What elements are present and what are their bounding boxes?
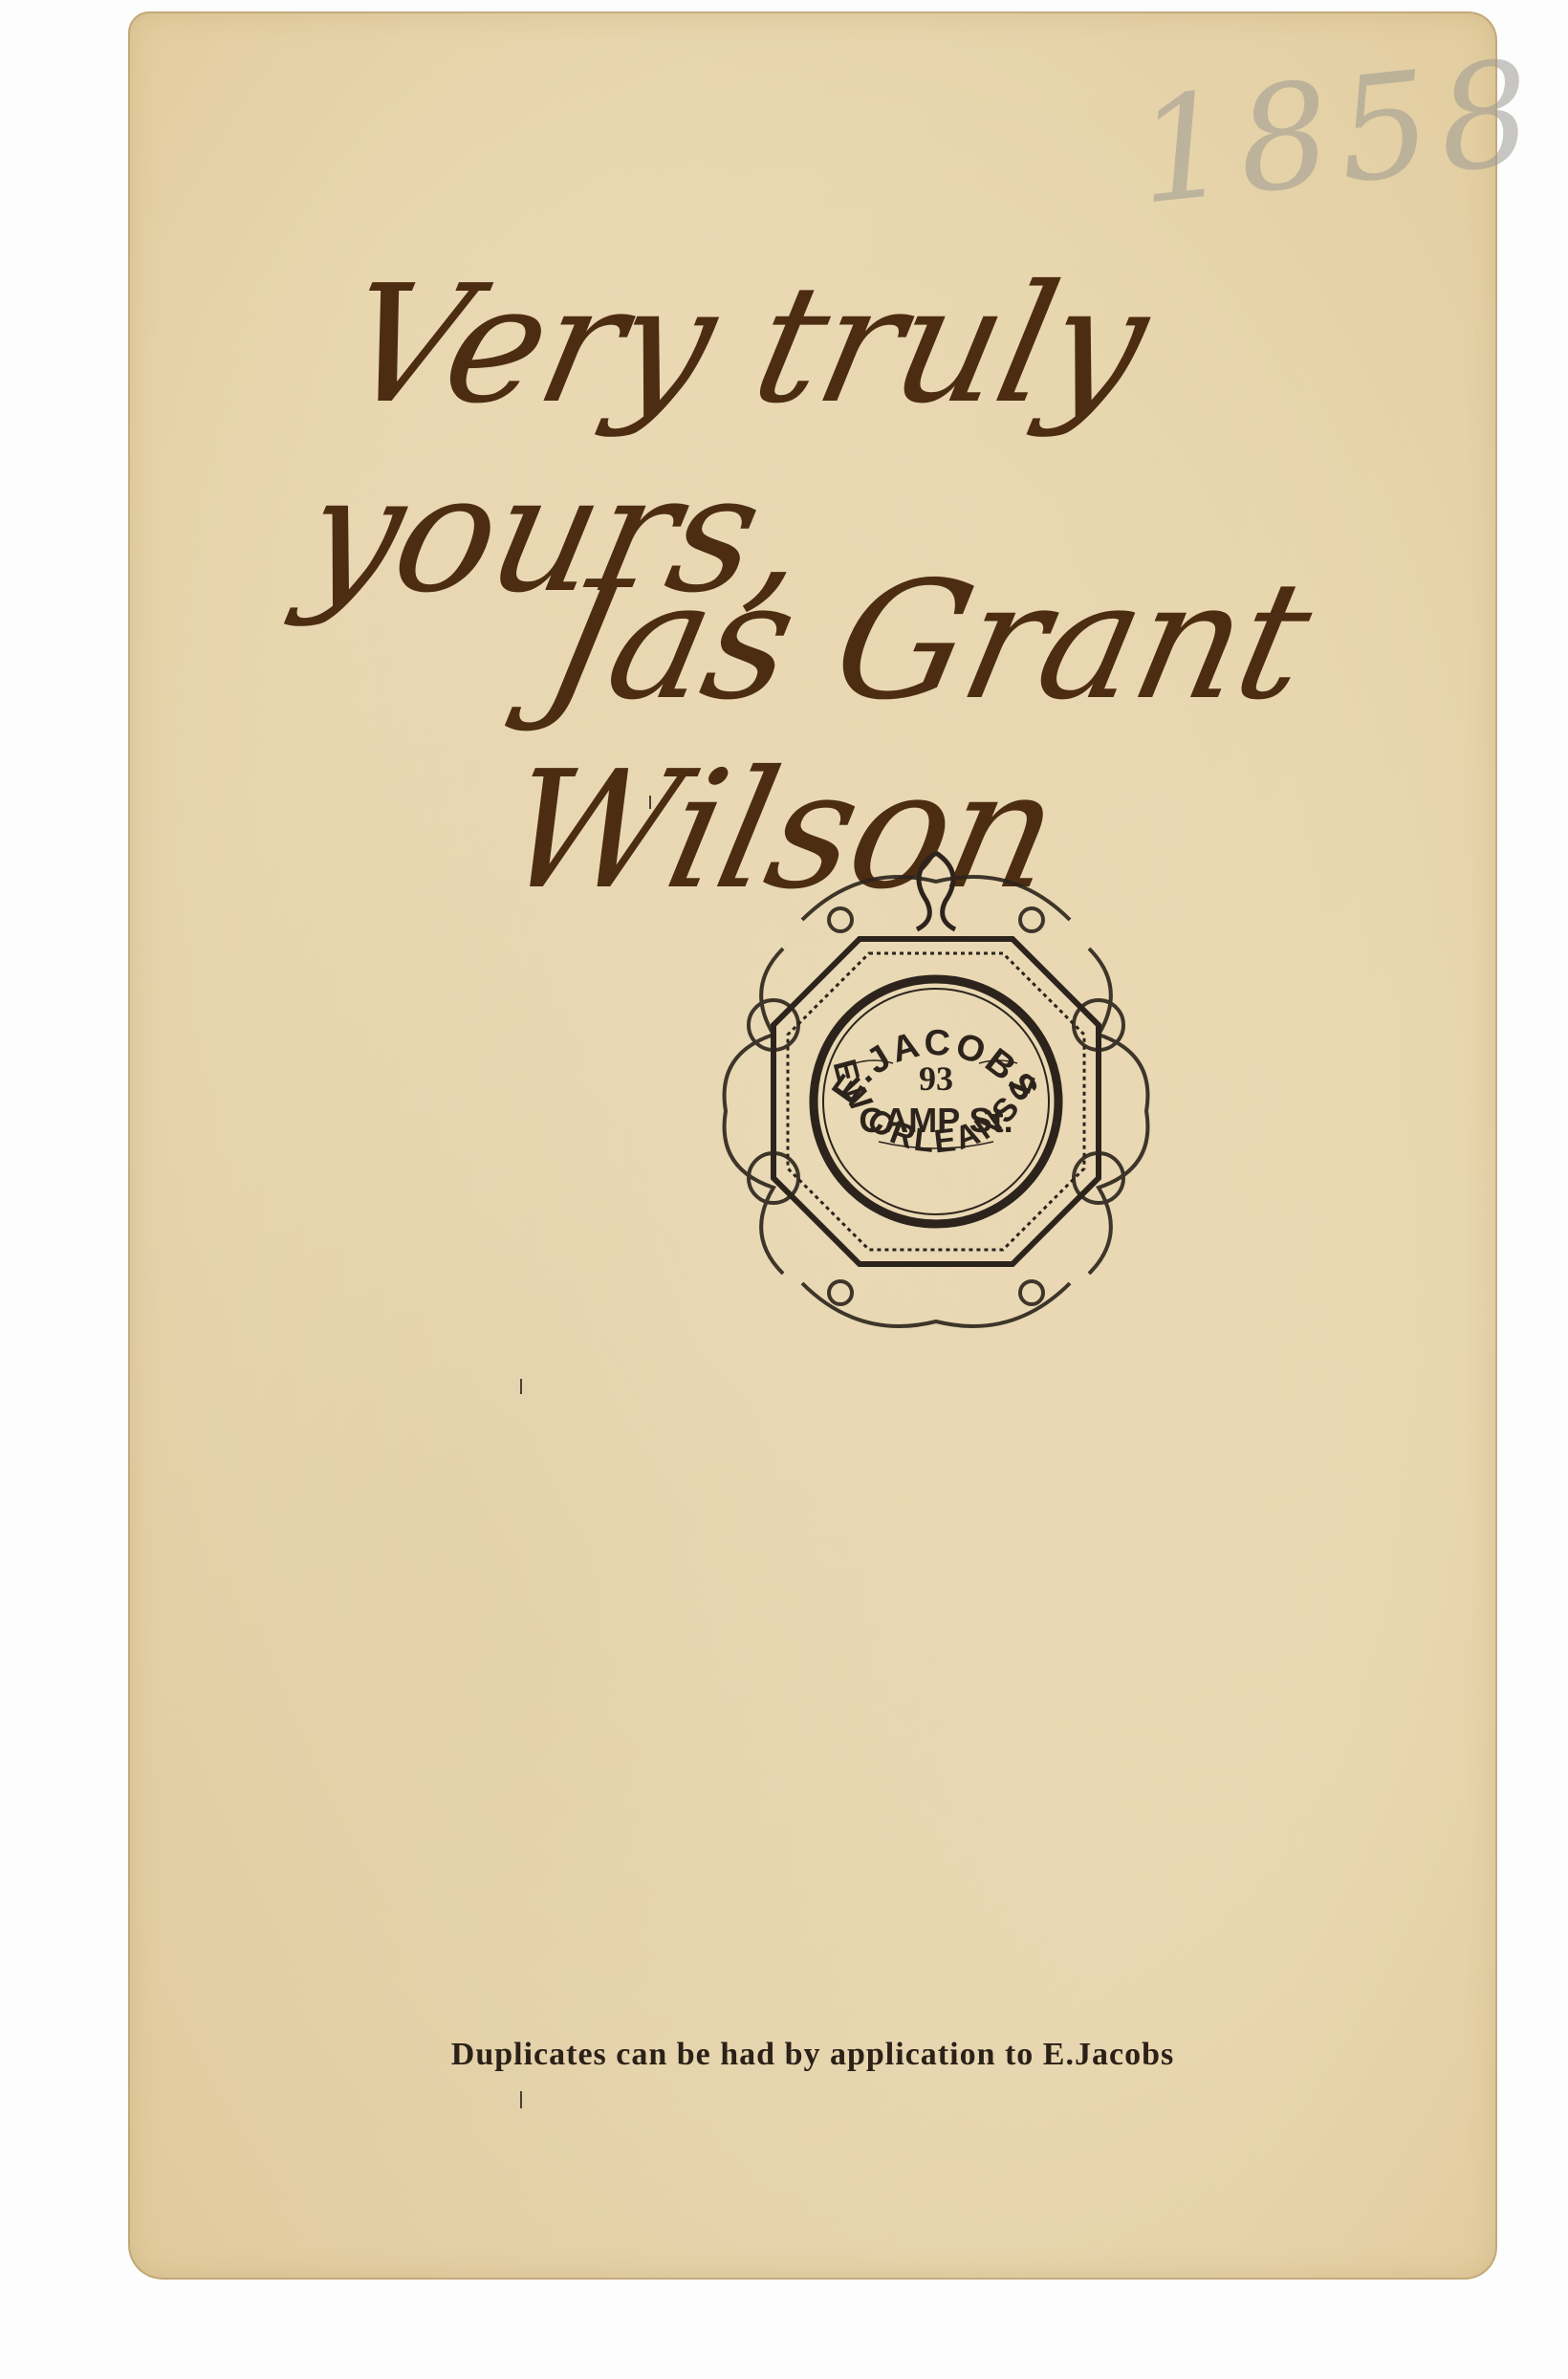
footer-notice: Duplicates can be had by application to … (128, 2037, 1497, 2073)
imprint-number: 93 (919, 1059, 953, 1098)
registration-mark (520, 1379, 522, 1394)
photo-card-back: 1858 Very truly yours, Jas Grant Wilson (128, 11, 1497, 2280)
imprint-street: CAMP St. (859, 1101, 1013, 1140)
ornament-icon: E.JACOBS NEW ORLEANS LA. 93 CAMP St. (668, 834, 1204, 1369)
registration-mark (520, 2091, 522, 2108)
registration-mark (649, 796, 651, 809)
photographer-imprint: E.JACOBS NEW ORLEANS LA. 93 CAMP St. (668, 834, 1204, 1369)
